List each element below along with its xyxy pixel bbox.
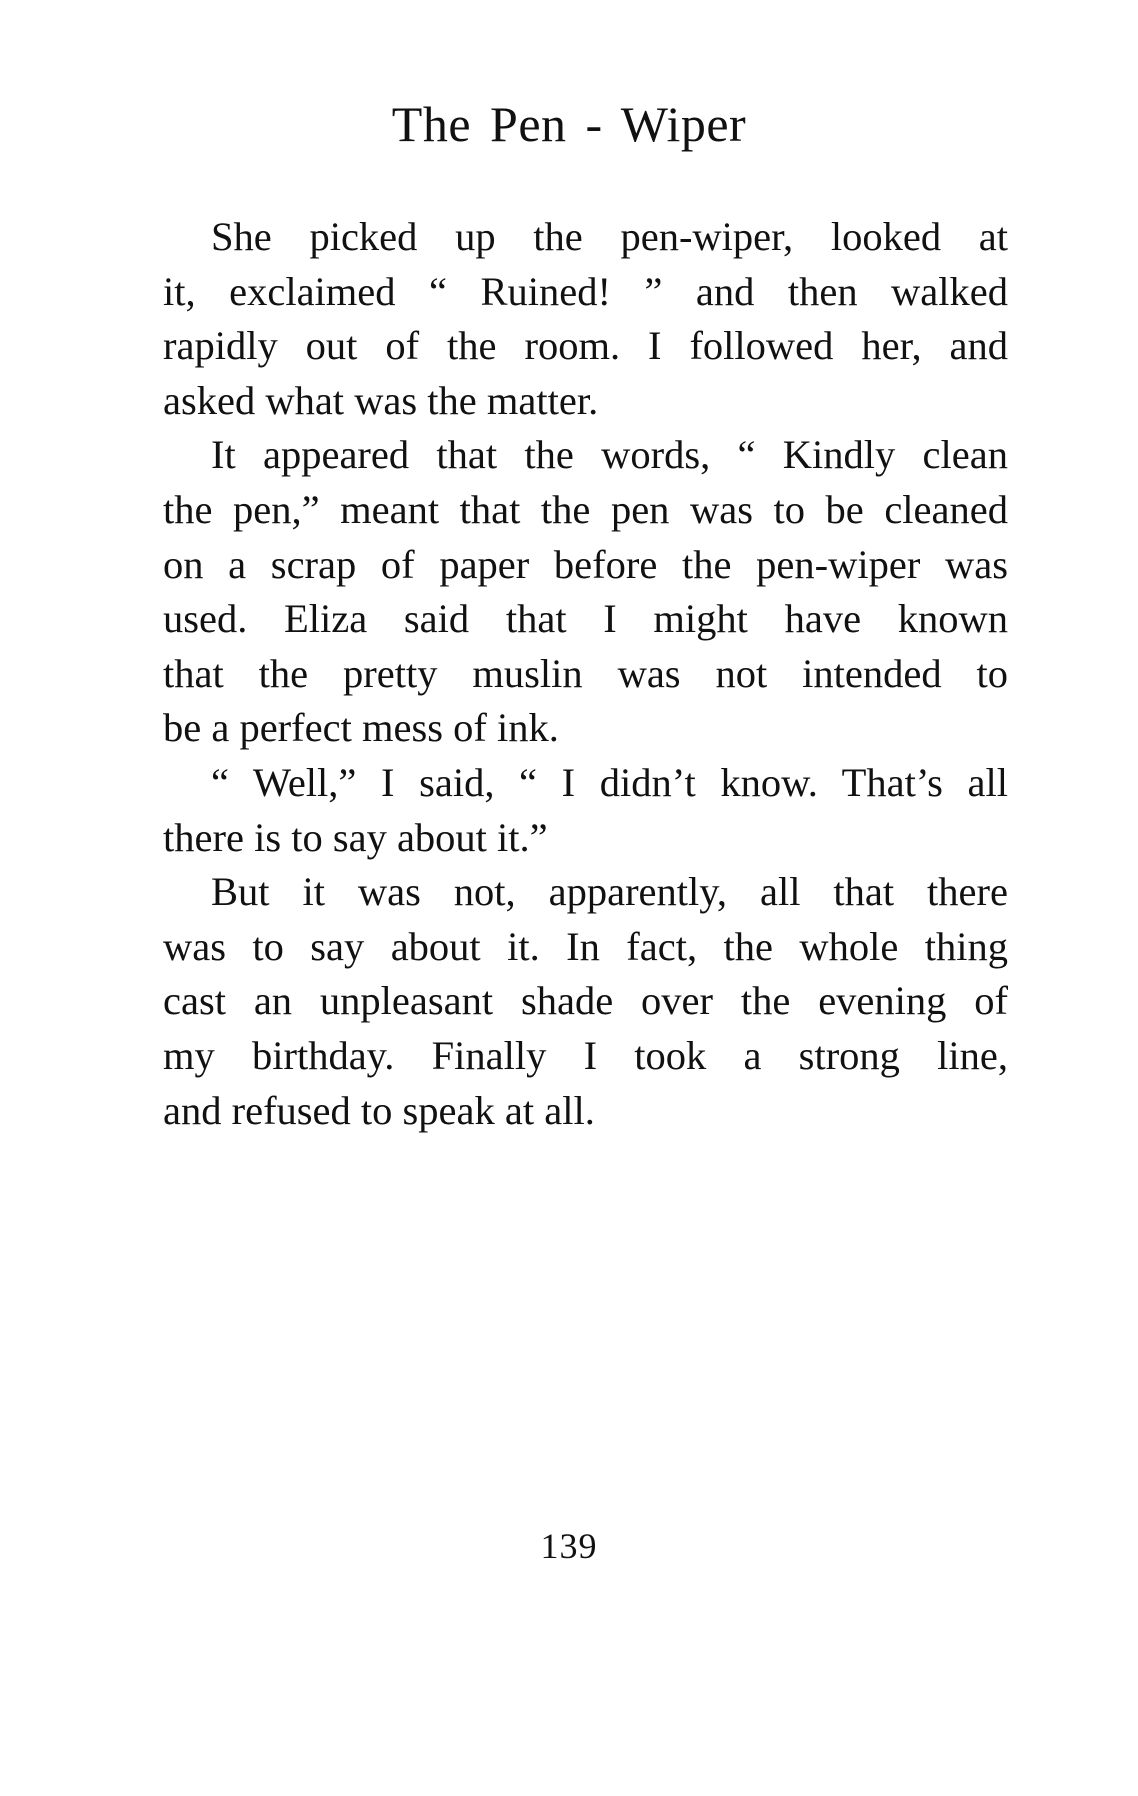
body-text: She picked up the pen-wiper, looked at i… <box>163 210 1008 1138</box>
text-line: asked what was the matter. <box>163 374 1008 429</box>
page-number: 139 <box>0 1524 1138 1568</box>
text-line: “ Well,” I said, “ I didn’t know. That’s… <box>163 756 1008 811</box>
text-line: She picked up the pen-wiper, looked at <box>163 210 1008 265</box>
book-page: The Pen - Wiper She picked up the pen-wi… <box>0 0 1138 1796</box>
text-line: that the pretty muslin was not intended … <box>163 647 1008 702</box>
text-line: was to say about it. In fact, the whole … <box>163 920 1008 975</box>
text-line: It appeared that the words, “ Kindly cle… <box>163 428 1008 483</box>
text-line: cast an unpleasant shade over the evenin… <box>163 974 1008 1029</box>
text-line: rapidly out of the room. I followed her,… <box>163 319 1008 374</box>
text-line: and refused to speak at all. <box>163 1084 1008 1139</box>
paragraph-4: But it was not, apparently, all that the… <box>163 865 1008 1138</box>
paragraph-3: “ Well,” I said, “ I didn’t know. That’s… <box>163 756 1008 865</box>
text-line: on a scrap of paper before the pen-wiper… <box>163 538 1008 593</box>
text-line: it, exclaimed “ Ruined! ” and then walke… <box>163 265 1008 320</box>
text-line: be a perfect mess of ink. <box>163 701 1008 756</box>
text-line: But it was not, apparently, all that the… <box>163 865 1008 920</box>
text-line: my birthday. Finally I took a strong lin… <box>163 1029 1008 1084</box>
text-line: used. Eliza said that I might have known <box>163 592 1008 647</box>
paragraph-2: It appeared that the words, “ Kindly cle… <box>163 428 1008 756</box>
text-line: there is to say about it.” <box>163 811 1008 866</box>
text-line: the pen,” meant that the pen was to be c… <box>163 483 1008 538</box>
running-head-title: The Pen - Wiper <box>0 94 1138 154</box>
paragraph-1: She picked up the pen-wiper, looked at i… <box>163 210 1008 428</box>
